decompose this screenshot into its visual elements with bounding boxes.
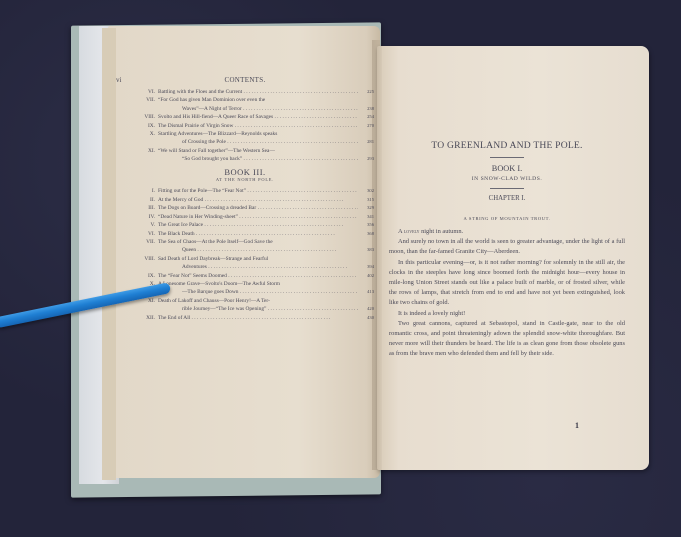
chapter-title: The Black Death — [158, 230, 358, 238]
contents-entry: VII.The Sea of Chaos—At the Pole Itself—… — [116, 238, 374, 246]
contents-entry: IX.The “Fear Not” Seems Doomed402 — [116, 272, 374, 280]
paragraph: It is indeed a lovely night! — [389, 309, 625, 319]
entries-before: VI.Battling with the Floes and the Curre… — [116, 88, 374, 164]
contents-entry: IX.The Dismal Prairie of Virgin Snow270 — [116, 122, 374, 130]
chapter-title-cont: Adventures — [182, 263, 358, 271]
book3-entries: I.Fitting out for the Pole—The “Fear Not… — [116, 187, 374, 322]
chapter-numeral: XI. — [116, 147, 158, 155]
chapter-numeral: IX. — [116, 272, 158, 280]
chapter-numeral: IV. — [116, 213, 158, 221]
chapter-numeral: VII. — [116, 238, 158, 246]
chapter-title: “Dead Nature in Her Winding-sheet” — [158, 213, 358, 221]
book3-subheading: AT THE NORTH POLE. — [116, 176, 374, 184]
chapter-title-cont: rible Journey—“The Ice was Opening” — [182, 305, 358, 313]
paragraph: Two great cannons, captured at Sebastopo… — [389, 319, 625, 360]
contents-entry: VIII.Sad Death of Lord Daybreak—Strange … — [116, 255, 374, 263]
book-title: TO GREENLAND AND THE POLE. — [389, 140, 625, 151]
page-ref: 402 — [358, 272, 374, 280]
chapter-numeral: VIII. — [116, 113, 158, 121]
contents-entry: VI.Battling with the Floes and the Curre… — [116, 88, 374, 96]
chapter-numeral: VI. — [116, 230, 158, 238]
chapter-numeral: II. — [116, 196, 158, 204]
contents-entry-continued: Queen383 — [116, 246, 374, 254]
paragraph: In this particular evening—or, is it not… — [389, 258, 625, 309]
chapter-title-cont: “So God brought you back” — [182, 155, 358, 163]
chapter-title: “For God has given Man Dominion over eve… — [158, 96, 374, 104]
chapter-numeral: III. — [116, 204, 158, 212]
page-ref: 254 — [358, 113, 374, 121]
chapter-numeral: V. — [116, 221, 158, 229]
lead-words: A lovely — [398, 228, 419, 235]
chapter-title: The Dogs on Board—Crossing a dreaded Bar — [158, 204, 358, 212]
chapter-numeral: IX. — [116, 122, 158, 130]
contents-entry: V.The Great Ice Palace356 — [116, 221, 374, 229]
chapter-title: The Sea of Chaos—At the Pole Itself—God … — [158, 238, 374, 246]
page-ref: 430 — [358, 314, 374, 322]
contents-entry: III.The Dogs on Board—Crossing a dreaded… — [116, 204, 374, 212]
chapter-numeral: XII. — [116, 314, 158, 322]
page-ref: 356 — [358, 221, 374, 229]
chapter-title-cont: Waves”—A Night of Terror — [182, 105, 358, 113]
chapter-numeral: I. — [116, 187, 158, 195]
contents-entry: IV.“Dead Nature in Her Winding-sheet”341 — [116, 213, 374, 221]
contents-entry: X.Startling Adventures—The Blizzard—Reyn… — [116, 130, 374, 138]
page-ref: 413 — [358, 288, 374, 296]
page-ref: 368 — [358, 230, 374, 238]
book3-heading: BOOK III. — [116, 168, 374, 176]
contents-entry: VI.The Black Death368 — [116, 230, 374, 238]
contents-entry-continued: of Crossing the Pole281 — [116, 138, 374, 146]
page-ref: 302 — [358, 187, 374, 195]
contents-entry-continued: rible Journey—“The Ice was Opening”420 — [116, 305, 374, 313]
chapter-title: Battling with the Floes and the Current — [158, 88, 358, 96]
paragraph: A lovely night in autumn. — [389, 227, 625, 237]
chapter-title-cont: —The Barque goes Down — [182, 288, 358, 296]
chapter-title-cont: of Crossing the Pole — [182, 138, 358, 146]
page-ref: 341 — [358, 213, 374, 221]
contents-entry: I.Fitting out for the Pole—The “Fear Not… — [116, 187, 374, 195]
contents-entry: VII.“For God has given Man Dominion over… — [116, 96, 374, 104]
page-edges — [102, 28, 116, 480]
contents-heading: CONTENTS. — [116, 76, 374, 84]
page-ref: 383 — [358, 246, 374, 254]
chapter-title: A STRING OF MOUNTAIN TROUT. — [389, 216, 625, 221]
divider — [490, 157, 524, 158]
chapter-title: The Great Ice Palace — [158, 221, 358, 229]
page-ref: 238 — [358, 105, 374, 113]
contents-entry-continued: Waves”—A Night of Terror238 — [116, 105, 374, 113]
contents-entry: XII.The End of All430 — [116, 314, 374, 322]
page-ref: 329 — [358, 204, 374, 212]
chapter-title: At the Mercy of God — [158, 196, 358, 204]
chapter-title: Sad Death of Lord Daybreak—Strange and F… — [158, 255, 374, 263]
contents-entry: XI.Death of Lakoff and Chauss—Poor Henry… — [116, 297, 374, 305]
chapter-title-cont: Queen — [182, 246, 358, 254]
paragraph: And surely no town in all the world is s… — [389, 237, 625, 257]
contents-entry: XI.“We will Stand or Fall together”—The … — [116, 147, 374, 155]
contents-entry-continued: “So God brought you back”293 — [116, 155, 374, 163]
page-ref: 315 — [358, 196, 374, 204]
chapter-title: The Dismal Prairie of Virgin Snow — [158, 122, 358, 130]
chapter-title: Death of Lakoff and Chauss—Poor Henry!—A… — [158, 297, 374, 305]
chapter-numeral: VIII. — [116, 255, 158, 263]
chapter-title: A Lonesome Grave—Svolto's Doom—The Awful… — [158, 280, 374, 288]
chapter-page: TO GREENLAND AND THE POLE. BOOK I. IN SN… — [389, 140, 625, 360]
contents-entry: VIII.Svolto and His Hill-fiend—A Queer R… — [116, 113, 374, 121]
page-ref: 281 — [358, 138, 374, 146]
chapter-title: “We will Stand or Fall together”—The Wes… — [158, 147, 374, 155]
page-ref: 394 — [358, 263, 374, 271]
page-ref: 420 — [358, 305, 374, 313]
contents-entry-continued: Adventures394 — [116, 263, 374, 271]
chapter-title: The “Fear Not” Seems Doomed — [158, 272, 358, 280]
contents-entry: II.At the Mercy of God315 — [116, 196, 374, 204]
page-ref: 270 — [358, 122, 374, 130]
chapter-title: The End of All — [158, 314, 358, 322]
chapter-title: Svolto and His Hill-fiend—A Queer Race o… — [158, 113, 358, 121]
contents-header: vi CONTENTS. — [116, 76, 374, 88]
chapter-numeral: X. — [116, 130, 158, 138]
book-subtitle: IN SNOW-CLAD WILDS. — [389, 176, 625, 182]
divider — [490, 188, 524, 189]
chapter-number: CHAPTER I. — [389, 195, 625, 202]
chapter-numeral: VII. — [116, 96, 158, 104]
page-ref: 293 — [358, 155, 374, 163]
book-number: BOOK I. — [389, 164, 625, 173]
chapter-title: Fitting out for the Pole—The “Fear Not” — [158, 187, 358, 195]
page-ref: 225 — [358, 88, 374, 96]
chapter-numeral: VI. — [116, 88, 158, 96]
chapter-title: Startling Adventures—The Blizzard—Reynol… — [158, 130, 374, 138]
right-page-number: 1 — [575, 421, 579, 430]
